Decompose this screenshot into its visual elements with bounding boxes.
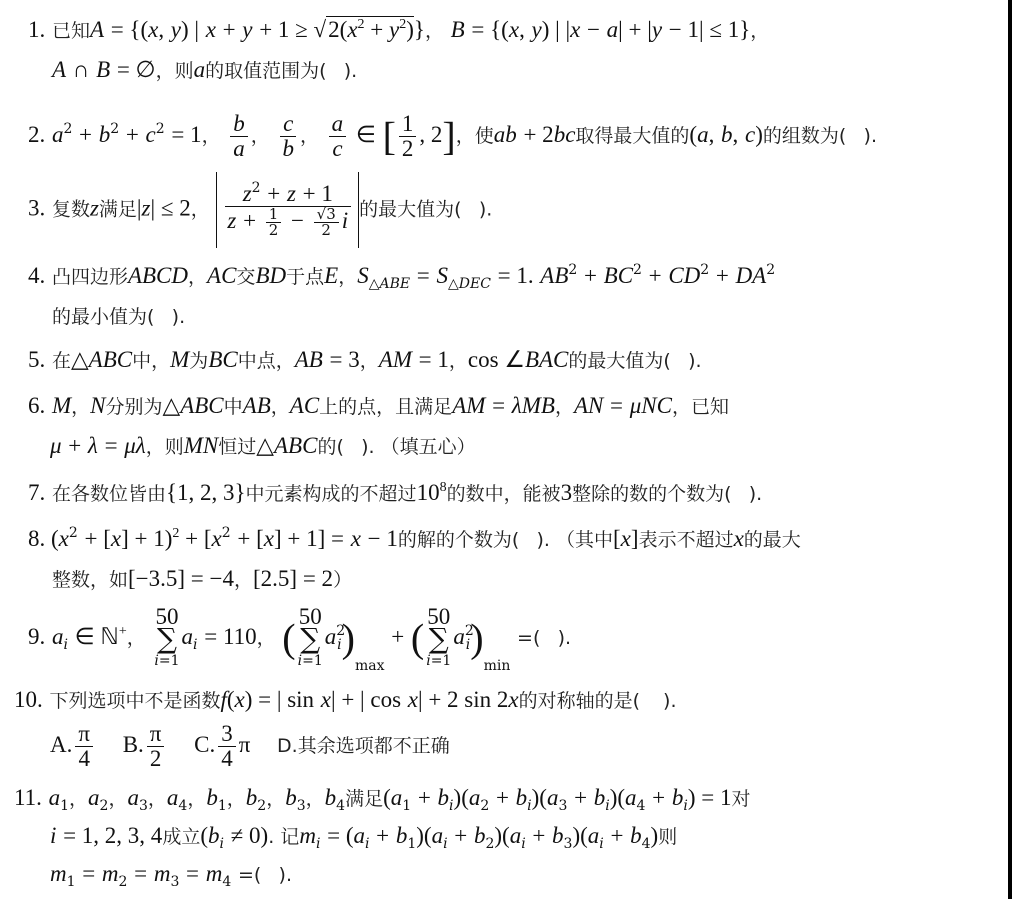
problem-10-line-1: 10. 下列选项中不是函数f(x) = | sin x| + | cos x| … [14,686,676,715]
option-d: D.其余选项都不正确 [277,735,450,757]
problem-8-line-2: 整数，如[−3.5] = −4，[2.5] = 2） [52,565,352,594]
problem-11-line-3: m1 = m2 = m3 = m4 =( ). [50,860,292,889]
option-b: B.π2 [123,733,168,757]
right-border [1008,0,1012,899]
option-c: C.34π [194,733,250,757]
problem-3: 3. 复数z满足|z| ≤ 2， z2 + z + 1z + 12 − √32i… [28,172,492,248]
problem-number: 1. [28,17,45,42]
problem-6-line-1: 6. M，N分别为△ABC中AB，AC上的点，且满足AM = λMB，AN = … [28,392,729,421]
problem-4-line-2: 的最小值为( ). [52,302,185,331]
problem-1-line-2: A ∩ B = ∅，则a的取值范围为( ). [52,56,357,85]
problem-5: 5. 在△ABC中，M为BC中点，AB = 3，AM = 1，cos ∠BAC的… [28,346,702,375]
problem-7: 7. 在各数位皆由{1, 2, 3}中元素构成的不超过108的数中，能被3整除的… [28,479,762,508]
problem-6-line-2: μ + λ = μλ，则MN恒过△ABC的( ). （填五心） [50,432,476,461]
problem-2: 2. a2 + b2 + c2 = 1， ba， cb， ac ∈ [12, 2… [28,110,877,161]
problem-1-line-1: 1. 已知A = {(x, y) | x + y + 1 ≥ √2(x2 + y… [28,16,769,45]
option-a: A.π4 [50,733,96,757]
problem-9: 9. ai ∈ ℕ+， 50∑i=1ai = 110， (50∑i=1a2i)m… [28,605,571,698]
problem-10-options: A.π4 B.π2 C.34π D.其余选项都不正确 [50,720,450,771]
problem-sheet: 1. 已知A = {(x, y) | x + y + 1 ≥ √2(x2 + y… [0,0,1008,899]
problem-4-line-1: 4. 凸四边形ABCD，AC交BD于点E，S△ABE = S△DEC = 1. … [28,262,775,291]
problem-11-line-1: 11. a1，a2，a3，a4，b1，b2，b3，b4满足(a1 + bi)(a… [14,784,750,813]
problem-11-line-2: i = 1, 2, 3, 4成立(bi ≠ 0). 记mi = (ai + b1… [50,822,677,851]
problem-8-line-1: 8. (x2 + [x] + 1)2 + [x2 + [x] + 1] = x … [28,525,801,554]
